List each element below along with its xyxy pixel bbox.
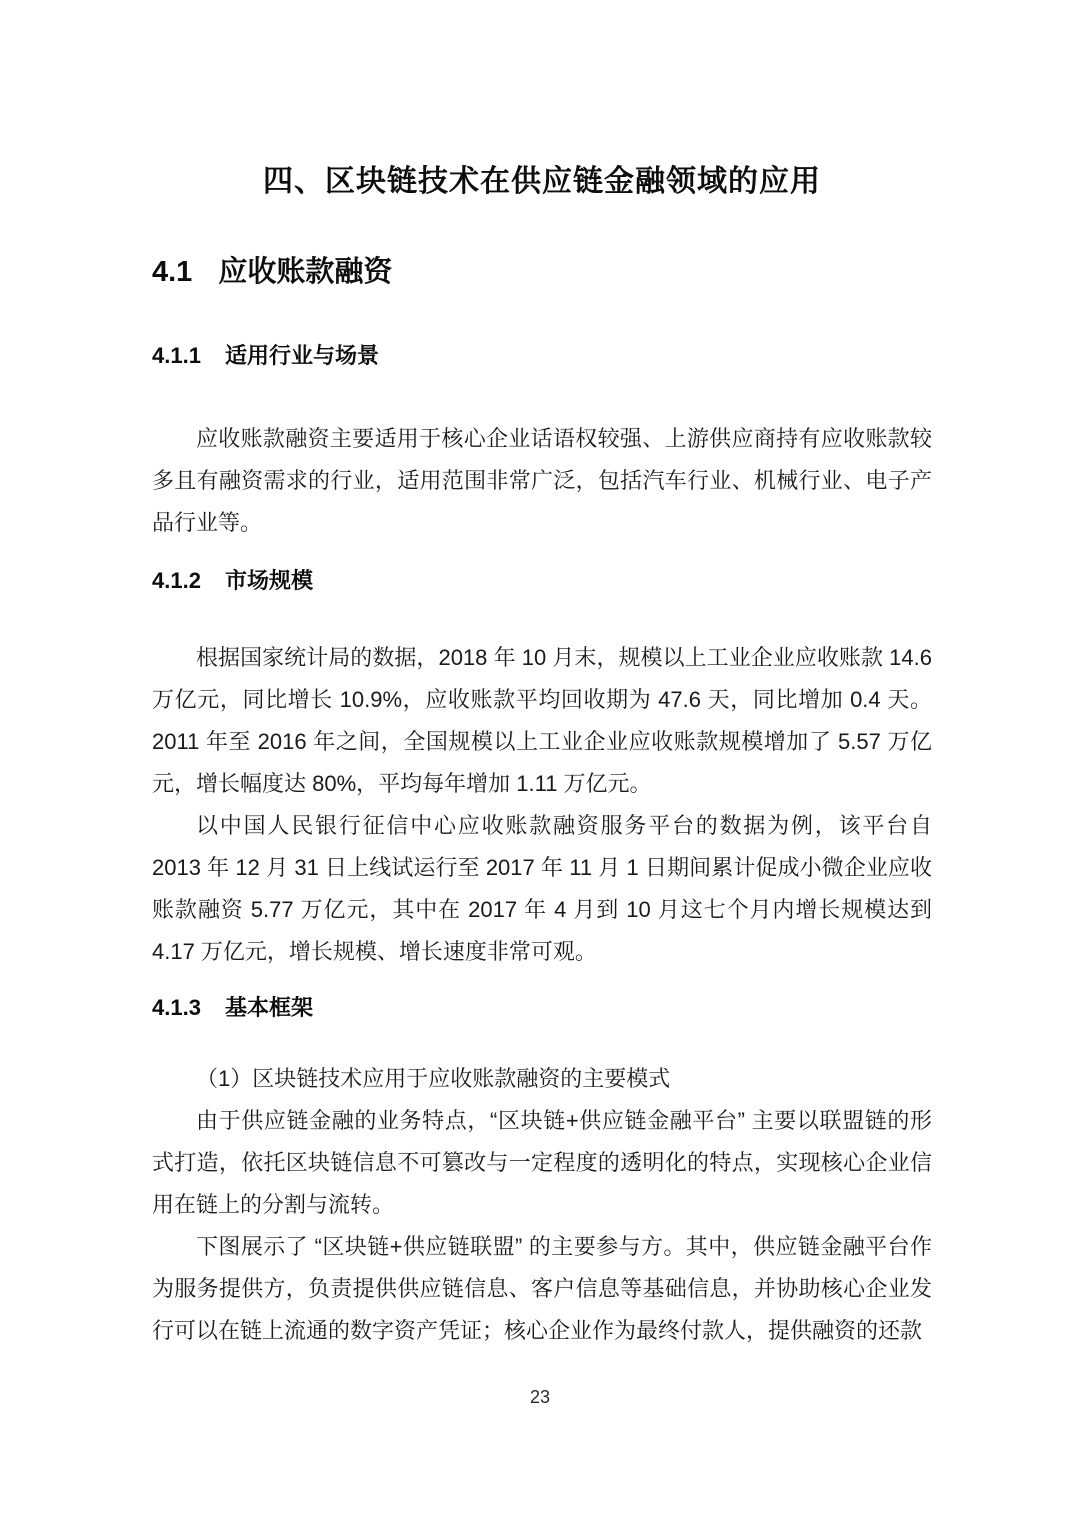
paragraph-market-scale-2: 以中国人民银行征信中心应收账款融资服务平台的数据为例，该平台自 2013 年 1…: [152, 805, 932, 973]
paragraph-industry-scene: 应收账款融资主要适用于核心企业话语权较强、上游供应商持有应收账款较多且有融资需求…: [152, 418, 932, 544]
paragraph-framework-body-2: 下图展示了 “区块链+供应链联盟” 的主要参与方。其中，供应链金融平台作为服务提…: [152, 1226, 932, 1352]
page-number: 23: [0, 1385, 1080, 1409]
subsection-title: 适用行业与场景: [225, 343, 379, 368]
subsection-heading-4-1-1: 4.1.1适用行业与场景: [152, 340, 932, 372]
subsection-title: 市场规模: [225, 568, 313, 593]
document-page: 四、区块链技术在供应链金融领域的应用 4.1应收账款融资 4.1.1适用行业与场…: [0, 0, 1080, 1527]
paragraph-framework-item-1: （1）区块链技术应用于应收账款融资的主要模式: [152, 1058, 932, 1100]
page-title: 四、区块链技术在供应链金融领域的应用: [152, 162, 932, 202]
paragraph-market-scale-1: 根据国家统计局的数据，2018 年 10 月末，规模以上工业企业应收账款 14.…: [152, 637, 932, 805]
section-heading-4-1: 4.1应收账款融资: [152, 252, 932, 292]
section-title: 应收账款融资: [218, 256, 392, 288]
paragraph-framework-body-1: 由于供应链金融的业务特点，“区块链+供应链金融平台” 主要以联盟链的形式打造，依…: [152, 1100, 932, 1226]
section-number: 4.1: [152, 256, 192, 288]
subsection-number: 4.1.3: [152, 995, 201, 1020]
subsection-number: 4.1.2: [152, 568, 201, 593]
subsection-title: 基本框架: [225, 995, 313, 1020]
subsection-heading-4-1-2: 4.1.2市场规模: [152, 565, 932, 597]
subsection-number: 4.1.1: [152, 343, 201, 368]
subsection-heading-4-1-3: 4.1.3基本框架: [152, 992, 932, 1024]
